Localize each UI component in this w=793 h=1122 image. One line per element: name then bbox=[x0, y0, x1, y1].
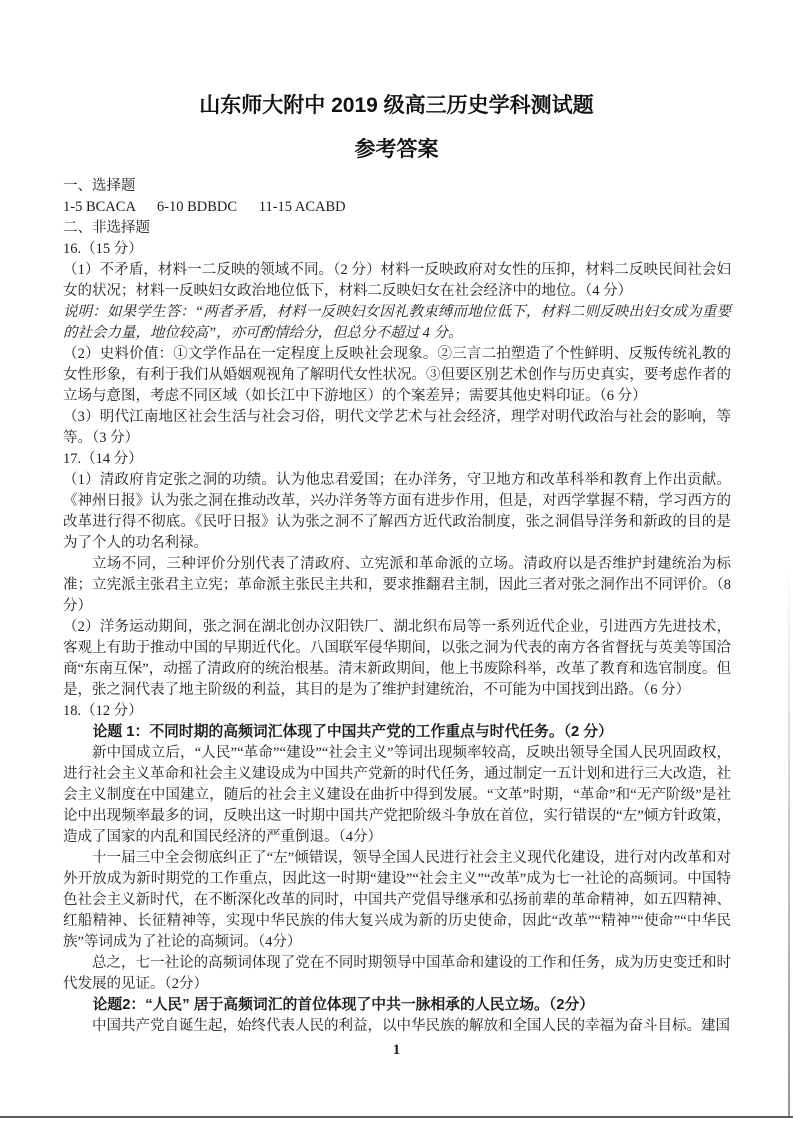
paragraph: 17.（14 分） bbox=[63, 449, 731, 470]
paragraph: 论题2：“人民” 居于高频词汇的首位体现了中共一脉相承的人民立场。（2分） bbox=[63, 995, 731, 1016]
scan-edge-right bbox=[788, 560, 790, 1117]
paragraph: （1）清政府肯定张之洞的功绩。认为他忠君爱国；在办洋务，守卫地方和改革科举和教育… bbox=[63, 470, 731, 554]
paragraph: （2）史料价值：①文学作品在一定程度上反映社会现象。②三言二拍塑造了个性鲜明、反… bbox=[63, 344, 731, 407]
paragraph: 新中国成立后，“人民”“革命”“建设”“社会主义”等词出现频率较高，反映出领导全… bbox=[63, 743, 731, 848]
paragraph: 立场不同，三种评价分别代表了清政府、立宪派和革命派的立场。清政府以是否维护封建统… bbox=[63, 554, 731, 617]
paragraph: 18.（12 分） bbox=[63, 701, 731, 722]
paragraph: 说明：如果学生答：“两者矛盾，材料一反映妇女因礼教束缚而地位低下，材料二则反映出… bbox=[63, 302, 731, 344]
scan-edge-bottom bbox=[0, 1116, 793, 1118]
paragraph: 论题 1：不同时期的高频词汇体现了中国共产党的工作重点与时代任务。（2 分） bbox=[63, 722, 731, 743]
paragraph: 二、非选择题 bbox=[63, 218, 731, 239]
document-subtitle: 参考答案 bbox=[0, 136, 793, 164]
paragraph: （3）明代江南地区社会生活与社会习俗，明代文学艺术与社会经济，理学对明代政治与社… bbox=[63, 407, 731, 449]
paragraph: 总之，七一社论的高频词体现了党在不同时期领导中国革命和建设的工作和任务，成为历史… bbox=[63, 953, 731, 995]
paragraph: 一、选择题 bbox=[63, 176, 731, 197]
document-title: 山东师大附中 2019 级高三历史学科测试题 bbox=[0, 0, 793, 120]
paragraph: 16.（15 分） bbox=[63, 239, 731, 260]
document-body: 一、选择题1-5 BCACA 6-10 BDBDC 11-15 ACABD二、非… bbox=[63, 176, 731, 1037]
page-number: 1 bbox=[0, 1042, 793, 1059]
paragraph: 十一届三中全会彻底纠正了“左”倾错误，领导全国人民进行社会主义现代化建设，进行对… bbox=[63, 848, 731, 953]
paragraph: 中国共产党自诞生起，始终代表人民的利益，以中华民族的解放和全国人民的幸福为奋斗目… bbox=[63, 1016, 731, 1037]
paragraph: （2）洋务运动期间，张之洞在湖北创办汉阳铁厂、湖北织布局等一系列近代企业，引进西… bbox=[63, 617, 731, 701]
paragraph: 1-5 BCACA 6-10 BDBDC 11-15 ACABD bbox=[63, 197, 731, 218]
paragraph: （1）不矛盾，材料一二反映的领域不同。（2 分）材料一反映政府对女性的压抑，材料… bbox=[63, 260, 731, 302]
document-page: 山东师大附中 2019 级高三历史学科测试题 参考答案 一、选择题1-5 BCA… bbox=[0, 0, 793, 1122]
